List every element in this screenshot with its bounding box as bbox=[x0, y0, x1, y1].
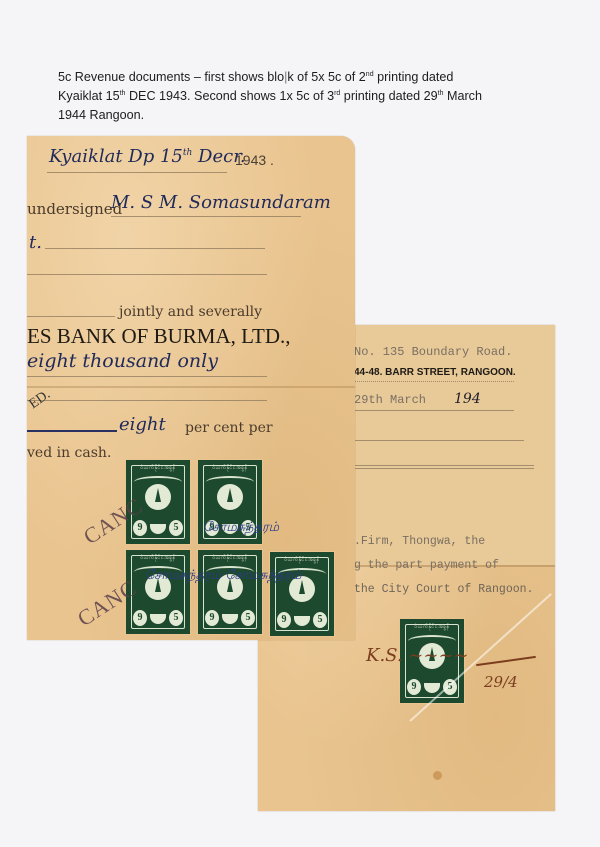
handwritten-fragment: t. bbox=[29, 232, 42, 253]
printed-address: 44-48. BARR STREET, RANGOON. bbox=[354, 367, 516, 378]
rule bbox=[354, 440, 524, 441]
caption-line-2: Kyaiklat 15th DEC 1943. Second shows 1x … bbox=[58, 87, 558, 106]
handwritten-year: 194 bbox=[454, 391, 481, 407]
ink-underline bbox=[27, 430, 117, 432]
document-kyaiklat: Kyaiklat Dp 15th Decr. 1943 . undersigne… bbox=[27, 136, 355, 640]
rule bbox=[111, 216, 301, 217]
rule bbox=[27, 274, 267, 275]
handwritten-signature: K.S. ~~~~ bbox=[366, 645, 469, 666]
handwritten-date: 29/4 bbox=[484, 673, 518, 691]
typed-firm-line: .Firm, Thongwa, the bbox=[354, 535, 485, 548]
rule bbox=[27, 376, 267, 377]
typed-address: No. 135 Boundary Road. bbox=[354, 345, 512, 359]
rule bbox=[27, 316, 115, 317]
fold-line bbox=[27, 386, 355, 388]
caption-line-1: 5c Revenue documents – first shows blo|k… bbox=[58, 68, 558, 87]
printed-year: 1943 . bbox=[235, 152, 274, 168]
caption-line-3: 1944 Rangoon. bbox=[58, 106, 558, 125]
handwritten-amount: eight thousand only bbox=[27, 350, 218, 372]
rule bbox=[47, 172, 227, 173]
rule bbox=[27, 400, 267, 401]
pagoda-icon bbox=[155, 488, 161, 502]
cash-text: ved in cash. bbox=[27, 445, 111, 461]
page-caption: 5c Revenue documents – first shows blo|k… bbox=[58, 68, 558, 125]
stamp-fragment: ED. bbox=[27, 387, 54, 413]
rule bbox=[354, 381, 514, 382]
rule bbox=[354, 465, 534, 466]
jointly-severally-text: jointly and severally bbox=[119, 304, 262, 320]
handwritten-note: சோமசுந்தரம் bbox=[203, 520, 279, 536]
pagoda-icon bbox=[227, 488, 233, 502]
handwritten-rate: eight bbox=[119, 414, 166, 435]
foxing-spot bbox=[433, 771, 442, 780]
rule bbox=[45, 248, 265, 249]
rate-text: per cent per bbox=[185, 420, 273, 436]
revenue-stamp: ဝဲယက်နိုင်ငံအခွန် 95 bbox=[270, 552, 334, 636]
typed-date: 29th March bbox=[354, 393, 426, 407]
signature-stroke bbox=[476, 656, 536, 666]
handwritten-name: M. S M. Somasundaram bbox=[111, 192, 331, 213]
undersigned-label: undersigned bbox=[27, 200, 122, 218]
typed-payment-line: g the part payment of bbox=[354, 559, 499, 572]
revenue-stamp: ဝဲယက်နိုင်ငံအခွန် 95 bbox=[198, 550, 262, 634]
typed-court-line: the City Court of Rangoon. bbox=[354, 583, 533, 596]
handwritten-note: சோமசுந்தரம் சோமசுந்தரம் bbox=[145, 568, 301, 584]
rule bbox=[354, 410, 514, 411]
rule bbox=[354, 468, 534, 469]
handwritten-place-date: Kyaiklat Dp 15th Decr. bbox=[49, 146, 246, 167]
bank-name: ES BANK OF BURMA, LTD., bbox=[27, 324, 291, 349]
